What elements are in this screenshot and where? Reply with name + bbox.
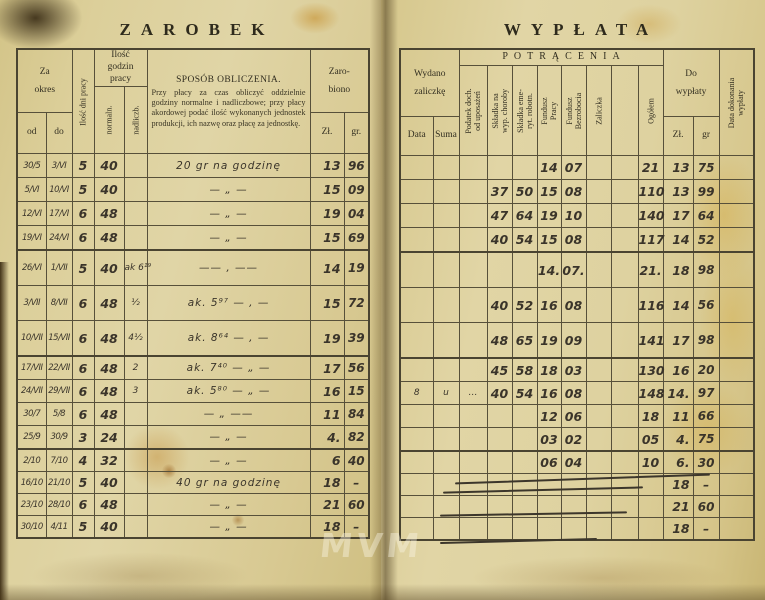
cell xyxy=(487,496,512,518)
cell xyxy=(537,518,561,541)
cell xyxy=(459,358,487,382)
ogolem-label: Ogółem xyxy=(646,68,655,153)
table-row: 405415081171452 xyxy=(400,228,754,253)
table-row: 18– xyxy=(400,518,754,541)
cell xyxy=(459,204,487,228)
cell: 6 xyxy=(72,380,94,403)
cell: 02 xyxy=(561,428,586,452)
cell xyxy=(719,288,754,323)
fundusz-bezrobocia-header: Fundusz Bezrobocia xyxy=(561,66,586,156)
cell: — „ — xyxy=(147,449,310,472)
cell xyxy=(433,358,459,382)
cell xyxy=(512,252,537,288)
cell: 2/10 xyxy=(17,449,46,472)
cell: 82 xyxy=(344,426,369,450)
scanned-wage-booklet: ZAROBEK WYPŁATA Za okres Ilość dni pracy… xyxy=(0,0,765,600)
table-row: 1407211375 xyxy=(400,156,754,180)
cell: 03 xyxy=(537,428,561,452)
cell: 99 xyxy=(693,180,719,204)
cell: 6. xyxy=(663,451,693,474)
cell xyxy=(433,518,459,541)
right-page-title: WYPŁATA xyxy=(399,20,753,40)
cell xyxy=(400,518,433,541)
cell: 69 xyxy=(344,226,369,251)
cell xyxy=(512,474,537,496)
cell: 21. xyxy=(638,252,663,288)
cell: 40 xyxy=(487,382,512,405)
cell: 08 xyxy=(561,228,586,253)
table-row: 24/VII29/VII6483ak. 5⁸⁰ — „ —1615 xyxy=(17,380,369,403)
cell: — „ — xyxy=(147,178,310,202)
cell xyxy=(611,204,638,228)
zaliczka-label: Zaliczka xyxy=(594,68,603,153)
cell xyxy=(433,496,459,518)
cell xyxy=(611,382,638,405)
cell: 11 xyxy=(310,403,344,426)
cell xyxy=(586,252,611,288)
cell: 1/VII xyxy=(46,250,72,286)
cell: 17/VII xyxy=(17,356,46,380)
cell xyxy=(459,451,487,474)
cell: 7/10 xyxy=(46,449,72,472)
cell xyxy=(400,204,433,228)
cell xyxy=(459,474,487,496)
cell xyxy=(433,228,459,253)
cell: 47 xyxy=(487,204,512,228)
cell: 30/5 xyxy=(17,154,46,178)
cell xyxy=(433,204,459,228)
cell: 39 xyxy=(344,321,369,357)
cell xyxy=(433,252,459,288)
cell: 48 xyxy=(94,356,124,380)
cell: 3 xyxy=(72,426,94,450)
cell xyxy=(512,451,537,474)
cell: 17 xyxy=(310,356,344,380)
cell: 3/VII xyxy=(17,286,46,321)
cell: 19 xyxy=(537,323,561,359)
cell xyxy=(459,496,487,518)
cell xyxy=(561,474,586,496)
cell: 6 xyxy=(72,202,94,226)
cell: 17/VI xyxy=(46,202,72,226)
suma-header: Suma xyxy=(433,117,459,156)
cell: 40 xyxy=(94,154,124,178)
cell: 48 xyxy=(94,321,124,357)
cell: 50 xyxy=(512,180,537,204)
do-wyplaty-label: Do wypłaty xyxy=(676,69,707,97)
cell xyxy=(400,228,433,253)
cell: 05 xyxy=(638,428,663,452)
normaln-label: normaln. xyxy=(104,89,113,151)
cell: 64 xyxy=(693,204,719,228)
cell: 110 xyxy=(638,180,663,204)
cell: 3/VI xyxy=(46,154,72,178)
cell: 15/VII xyxy=(46,321,72,357)
cell xyxy=(124,449,147,472)
cell: 12 xyxy=(537,405,561,428)
table-row: 10/VII15/VII6484½ak. 8⁶⁴ — , —1939 xyxy=(17,321,369,357)
cell: 14 xyxy=(663,288,693,323)
cell: 4/11 xyxy=(46,516,72,539)
sposob-description: Przy płacy za czas obliczyć oddzielnie g… xyxy=(152,88,306,129)
dni-pracy-label: Ilość dni pracy xyxy=(78,52,87,152)
od-header: od xyxy=(17,113,46,154)
cell: 4. xyxy=(310,426,344,450)
cell xyxy=(124,403,147,426)
cell xyxy=(586,382,611,405)
cell: 5 xyxy=(72,154,94,178)
cell: 08 xyxy=(561,382,586,405)
cell: 06 xyxy=(561,405,586,428)
wydano-zaliczke-header: Wydano zaliczkę xyxy=(400,49,459,117)
cell: 30/7 xyxy=(17,403,46,426)
cell xyxy=(611,474,638,496)
cell xyxy=(586,204,611,228)
cell: – xyxy=(693,474,719,496)
cell: 19 xyxy=(310,202,344,226)
cell xyxy=(487,474,512,496)
cell: 23/10 xyxy=(17,494,46,516)
cell: 10 xyxy=(561,204,586,228)
cell: ak. 5⁹⁷ — , — xyxy=(147,286,310,321)
cell: 13 xyxy=(663,180,693,204)
cell: 15 xyxy=(537,228,561,253)
cell: 24 xyxy=(94,426,124,450)
cell: 6 xyxy=(310,449,344,472)
cell: 148 xyxy=(638,382,663,405)
cell: 66 xyxy=(693,405,719,428)
cell: 10/VII xyxy=(17,321,46,357)
cell xyxy=(459,428,487,452)
cell: 97 xyxy=(693,382,719,405)
cell: 12/VI xyxy=(17,202,46,226)
cell: 5 xyxy=(72,516,94,539)
data-dokonania-header: Data dokonania wypłaty xyxy=(719,49,754,156)
godzin-pracy-header: Ilość godzin pracy xyxy=(94,49,147,87)
cell xyxy=(124,154,147,178)
cell: 54 xyxy=(512,228,537,253)
skladka-choroby-label: Składka na wyp. choroby xyxy=(490,68,508,153)
cell xyxy=(433,474,459,496)
cell xyxy=(400,252,433,288)
cell xyxy=(459,252,487,288)
cell xyxy=(561,496,586,518)
table-row: 14.07.21.1898 xyxy=(400,252,754,288)
cell: 140 xyxy=(638,204,663,228)
cell xyxy=(586,428,611,452)
cell: 6 xyxy=(72,226,94,251)
cell: 96 xyxy=(344,154,369,178)
cell: 64 xyxy=(512,204,537,228)
cell: 03 xyxy=(561,358,586,382)
fundusz-bezrobocia-label: Fundusz Bezrobocia xyxy=(564,68,582,153)
cell: 56 xyxy=(693,288,719,323)
cell: — „ — xyxy=(147,516,310,539)
cell: 98 xyxy=(693,323,719,359)
cell xyxy=(611,428,638,452)
cell xyxy=(512,156,537,180)
cell: 6 xyxy=(72,286,94,321)
cell: 48 xyxy=(94,403,124,426)
cell xyxy=(719,496,754,518)
cell xyxy=(719,518,754,541)
sposob-obliczenia-header: SPOSÓB OBLICZENIA. Przy płacy za czas ob… xyxy=(147,49,310,154)
cell xyxy=(487,428,512,452)
cell xyxy=(611,405,638,428)
cell: 18 xyxy=(663,252,693,288)
zl-header: Zł. xyxy=(310,113,344,154)
cell xyxy=(719,474,754,496)
cell xyxy=(400,496,433,518)
cell: ak. 7⁴⁰ — „ — xyxy=(147,356,310,380)
cell: 30/9 xyxy=(46,426,72,450)
cell: 30/10 xyxy=(17,516,46,539)
cell: 21 xyxy=(638,156,663,180)
cell: 14 xyxy=(663,228,693,253)
cell xyxy=(537,496,561,518)
cell: 84 xyxy=(344,403,369,426)
cell xyxy=(400,428,433,452)
cell: 10 xyxy=(638,451,663,474)
table-row: 8u…4054160814814.97 xyxy=(400,382,754,405)
cell xyxy=(561,518,586,541)
cell: 21/10 xyxy=(46,472,72,494)
gr-header: gr xyxy=(693,117,719,156)
cell: 20 xyxy=(693,358,719,382)
cell xyxy=(433,451,459,474)
cell: 6 xyxy=(72,356,94,380)
cell: 08 xyxy=(561,180,586,204)
cell: 40 xyxy=(94,178,124,202)
cell xyxy=(487,156,512,180)
cell: 4 xyxy=(72,449,94,472)
cell: 3 xyxy=(124,380,147,403)
normaln-header: normaln. xyxy=(94,87,124,154)
cell xyxy=(719,156,754,180)
header-row: Za okres Ilość dni pracy Ilość godzin pr… xyxy=(17,49,369,87)
cell: 14. xyxy=(663,382,693,405)
cell: 10/VI xyxy=(46,178,72,202)
cell: 52 xyxy=(512,288,537,323)
table-row: 5/VI10/VI540— „ —1509 xyxy=(17,178,369,202)
cell: 40 xyxy=(487,228,512,253)
cell xyxy=(459,288,487,323)
nadliczb-label: nadliczb. xyxy=(131,89,140,151)
cell xyxy=(586,156,611,180)
cell xyxy=(586,474,611,496)
table-row: 0604106.30 xyxy=(400,451,754,474)
cell: 04 xyxy=(344,202,369,226)
zarobiono-label: Zaro- biono xyxy=(328,67,350,95)
cell xyxy=(719,228,754,253)
cell xyxy=(400,156,433,180)
cell: 18 xyxy=(663,518,693,541)
table-row: 30/104/11540— „ —18– xyxy=(17,516,369,539)
cell xyxy=(433,428,459,452)
table-row: 2/107/10432— „ —640 xyxy=(17,449,369,472)
cell xyxy=(433,288,459,323)
cell xyxy=(400,358,433,382)
table-row: 455818031301620 xyxy=(400,358,754,382)
cell: 26/VI xyxy=(17,250,46,286)
cell: — „ —— xyxy=(147,403,310,426)
table-row: 3/VII8/VII648½ak. 5⁹⁷ — , —1572 xyxy=(17,286,369,321)
cell: —— , —— xyxy=(147,250,310,286)
cell xyxy=(719,323,754,359)
cell: u xyxy=(433,382,459,405)
cell xyxy=(719,451,754,474)
cell: 14. xyxy=(537,252,561,288)
cell: 2 xyxy=(124,356,147,380)
cell: 52 xyxy=(693,228,719,253)
cell: 16/10 xyxy=(17,472,46,494)
cell: 11 xyxy=(663,405,693,428)
cell xyxy=(487,451,512,474)
cell xyxy=(433,405,459,428)
fundusz-pracy-header: Fundusz Pracy xyxy=(537,66,561,156)
cell: 48 xyxy=(94,494,124,516)
cell: 06 xyxy=(537,451,561,474)
godzin-pracy-label: Ilość godzin pracy xyxy=(108,50,134,84)
cell: 24/VII xyxy=(17,380,46,403)
cell: 56 xyxy=(344,356,369,380)
cell: 15 xyxy=(310,286,344,321)
table-row: 19/VI24/VI648— „ —1569 xyxy=(17,226,369,251)
table-row: 25/930/9324— „ —4.82 xyxy=(17,426,369,450)
cell: 21 xyxy=(310,494,344,516)
cell: 15 xyxy=(310,226,344,251)
cell xyxy=(459,180,487,204)
cell xyxy=(400,323,433,359)
cell xyxy=(459,518,487,541)
cell xyxy=(487,405,512,428)
cell xyxy=(400,451,433,474)
cell: 40 xyxy=(344,449,369,472)
cell xyxy=(719,358,754,382)
cell: 07. xyxy=(561,252,586,288)
table-row: 30/75/8648— „ ——1184 xyxy=(17,403,369,426)
cell xyxy=(586,323,611,359)
cell: 75 xyxy=(693,156,719,180)
cell: 04 xyxy=(561,451,586,474)
cell xyxy=(719,382,754,405)
cell: – xyxy=(344,516,369,539)
cell: – xyxy=(693,518,719,541)
cell xyxy=(124,202,147,226)
cell: 25/9 xyxy=(17,426,46,450)
cell: 17 xyxy=(663,204,693,228)
cell xyxy=(719,428,754,452)
table-row: 23/1028/10648— „ —2160 xyxy=(17,494,369,516)
cell xyxy=(638,474,663,496)
do-wyplaty-header: Do wypłaty xyxy=(663,49,719,117)
cell xyxy=(719,180,754,204)
cell xyxy=(611,180,638,204)
cell: 32 xyxy=(94,449,124,472)
cell xyxy=(537,474,561,496)
cell: 48 xyxy=(94,202,124,226)
cell xyxy=(586,518,611,541)
cell xyxy=(487,518,512,541)
cell: 22/VII xyxy=(46,356,72,380)
cell: 13 xyxy=(310,154,344,178)
cell xyxy=(586,451,611,474)
cell xyxy=(638,496,663,518)
cell xyxy=(433,156,459,180)
cell: 60 xyxy=(344,494,369,516)
cell xyxy=(512,518,537,541)
cell: 18 xyxy=(537,358,561,382)
cell: 18 xyxy=(310,472,344,494)
cell: 15 xyxy=(537,180,561,204)
nadliczb-header: nadliczb. xyxy=(124,87,147,154)
data-dokonania-label: Data dokonania wypłaty xyxy=(727,54,745,152)
cell: 40 xyxy=(487,288,512,323)
cell xyxy=(611,156,638,180)
table-row: 26/VI1/VII540ak 6¹⁹—— , ——1419 xyxy=(17,250,369,286)
cell: 21 xyxy=(663,496,693,518)
cell: 37 xyxy=(487,180,512,204)
cell: 15 xyxy=(310,178,344,202)
cell: ½ xyxy=(124,286,147,321)
wyplata-table: Wydano zaliczkę POTRĄCENIA Do wypłaty Da… xyxy=(399,48,755,541)
cell: 6 xyxy=(72,321,94,357)
cell xyxy=(512,405,537,428)
header-row: Wydano zaliczkę POTRĄCENIA Do wypłaty Da… xyxy=(400,49,754,66)
cell xyxy=(400,474,433,496)
cell: 40 xyxy=(94,250,124,286)
do-header: do xyxy=(46,113,72,154)
cell xyxy=(124,516,147,539)
cell: 07 xyxy=(561,156,586,180)
cell xyxy=(586,358,611,382)
cell xyxy=(719,252,754,288)
cell: 09 xyxy=(561,323,586,359)
zaliczka-header: Zaliczka xyxy=(586,66,611,156)
cell: 48 xyxy=(487,323,512,359)
cell xyxy=(719,204,754,228)
dni-pracy-header: Ilość dni pracy xyxy=(72,49,94,154)
table-row: 2160 xyxy=(400,496,754,518)
cell: — „ — xyxy=(147,202,310,226)
cell xyxy=(433,180,459,204)
zarobiono-header: Zaro- biono xyxy=(310,49,369,113)
cell: 65 xyxy=(512,323,537,359)
cell xyxy=(611,323,638,359)
sposob-title: SPOSÓB OBLICZENIA. xyxy=(150,75,308,87)
zarobek-table: Za okres Ilość dni pracy Ilość godzin pr… xyxy=(16,48,370,539)
data-header: Data xyxy=(400,117,433,156)
cell xyxy=(586,180,611,204)
table-row: 375015081101399 xyxy=(400,180,754,204)
cell xyxy=(638,518,663,541)
cell: — „ — xyxy=(147,226,310,251)
cell: 19 xyxy=(310,321,344,357)
cell: 18 xyxy=(663,474,693,496)
cell xyxy=(124,426,147,450)
table-row: 476419101401764 xyxy=(400,204,754,228)
table-row: 405216081161456 xyxy=(400,288,754,323)
cell xyxy=(512,496,537,518)
cell xyxy=(512,428,537,452)
cell: 09 xyxy=(344,178,369,202)
podatek-label: Podatek doch. od uposażeń xyxy=(464,68,482,153)
cell: ak. 8⁶⁴ — , — xyxy=(147,321,310,357)
cell xyxy=(487,252,512,288)
cell xyxy=(459,156,487,180)
cell xyxy=(124,472,147,494)
cell: — „ — xyxy=(147,494,310,516)
